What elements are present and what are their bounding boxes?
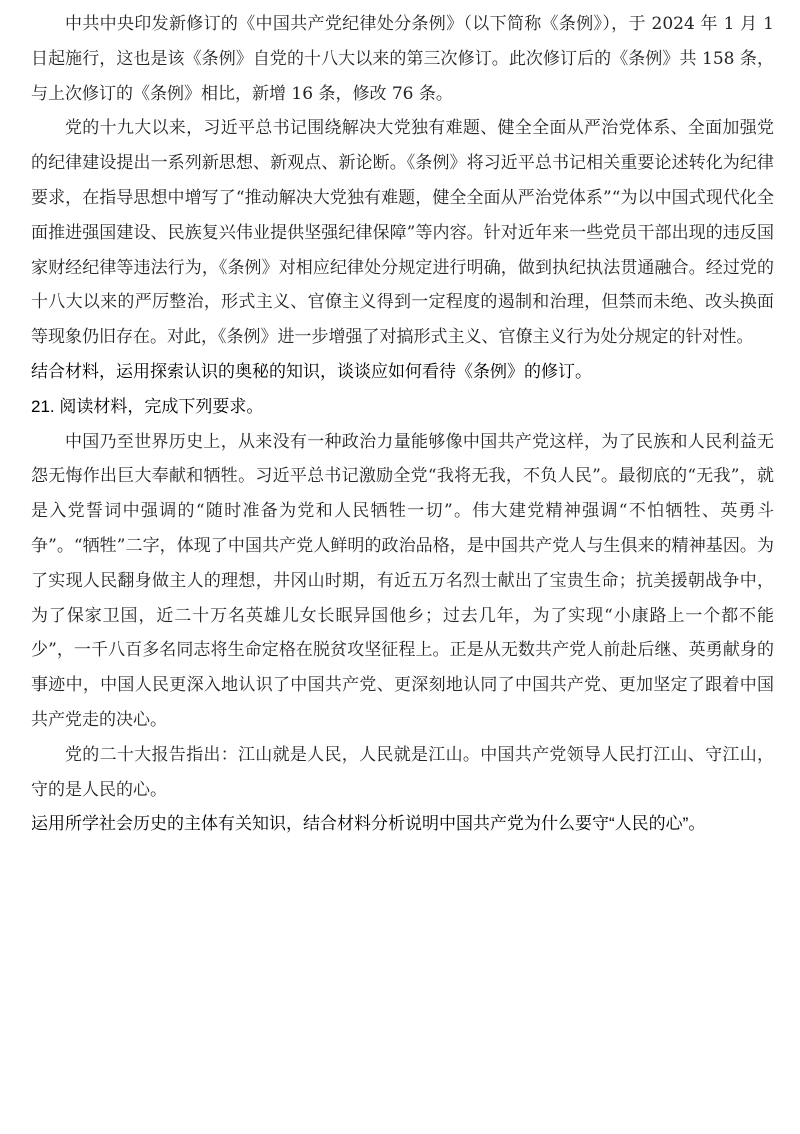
q20-material-paragraph-2: 党的十九大以来，习近平总书记围绕解决大党独有难题、健全全面从严治党体系、全面加强… (31, 111, 774, 355)
q21-heading: 21. 阅读材料，完成下列要求。 (31, 390, 774, 425)
q21-material-paragraph-1: 中国乃至世界历史上，从来没有一种政治力量能够像中国共产党这样，为了民族和人民利益… (31, 425, 774, 738)
q20-task-line: 结合材料，运用探索认识的奥秘的知识，谈谈应如何看待《条例》的修订。 (31, 355, 774, 390)
q21-task-line: 运用所学社会历史的主体有关知识，结合材料分析说明中国共产党为什么要守“人民的心”… (31, 807, 774, 842)
document-page: 中共中央印发新修订的《中国共产党纪律处分条例》（以下简称《条例》），于 2024… (0, 0, 800, 842)
q20-material-paragraph-1: 中共中央印发新修订的《中国共产党纪律处分条例》（以下简称《条例》），于 2024… (31, 7, 774, 111)
q21-material-paragraph-2: 党的二十大报告指出：江山就是人民，人民就是江山。中国共产党领导人民打江山、守江山… (31, 738, 774, 808)
